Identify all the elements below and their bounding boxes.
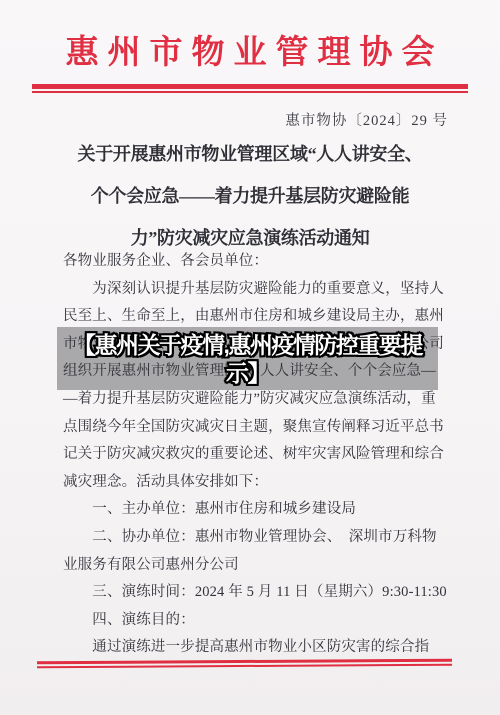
doc-title: 关于开展惠州市物业管理区域“人人讲安全、个个会应急——着力提升基层防灾避险能力”… <box>30 133 470 259</box>
doc-title-line: 个个会应急——着力提升基层防灾避险能 <box>30 175 470 217</box>
caption-line-2: 示】 <box>45 359 450 387</box>
body-text-line: 各物业服务企业、各会员单位： <box>63 248 447 276</box>
body-text-line: 为深刻认识提升基层防灾避险能力的重要意义，坚持人 <box>63 276 447 304</box>
doc-number: 惠市物协〔2024〕29 号 <box>285 109 448 130</box>
body-text-line: —着力提升基层防灾避险能力”防灾减灾应急演练活动，重 <box>63 386 447 414</box>
footer-divider-line-2 <box>37 664 452 669</box>
body-text-line: 四、演练目的： <box>63 607 447 635</box>
body-text-line: 点围绕今年全国防灾减灾日主题，聚焦宣传阐释习近平总书 <box>63 414 447 442</box>
body-text-line: 三、演练时间：2024 年 5 月 11 日（星期六）9:30-11:30 <box>63 579 447 607</box>
caption-line-1: 【惠州关于疫情,惠州疫情防控重要提 <box>45 331 450 359</box>
org-name-heading: 惠州市物业管理协会 <box>0 26 500 73</box>
body-text-line: 一、主办单位：惠州市住房和城乡建设局 <box>63 496 447 524</box>
doc-title-line: 关于开展惠州市物业管理区域“人人讲安全、 <box>30 133 470 175</box>
body-text-line: 二、协办单位：惠州市物业管理协会、 深圳市万科物 <box>63 524 447 552</box>
caption-overlay: 【惠州关于疫情,惠州疫情防控重要提 示】 <box>45 331 450 387</box>
body-text-line: 通过演练进一步提高惠州市物业小区防灾害的综合指 <box>63 634 447 662</box>
header-divider-thick-line <box>32 84 468 89</box>
doc-body: 各物业服务企业、各会员单位： 为深刻认识提升基层防灾避险能力的重要意义，坚持人民… <box>63 248 447 662</box>
header-divider <box>32 84 468 93</box>
body-text-line: 业服务有限公司惠州分公司 <box>63 552 447 580</box>
body-text-line: 记关于防灾减灾救灾的重要论述、树牢灾害风险管理和综合 <box>63 441 447 469</box>
document-page: 惠州市物业管理协会 惠市物协〔2024〕29 号 关于开展惠州市物业管理区域“人… <box>0 0 500 715</box>
header-divider-thin-line <box>32 91 468 93</box>
footer-divider <box>37 659 452 669</box>
body-text-line: 减灾理念。活动具体安排如下： <box>63 469 447 497</box>
